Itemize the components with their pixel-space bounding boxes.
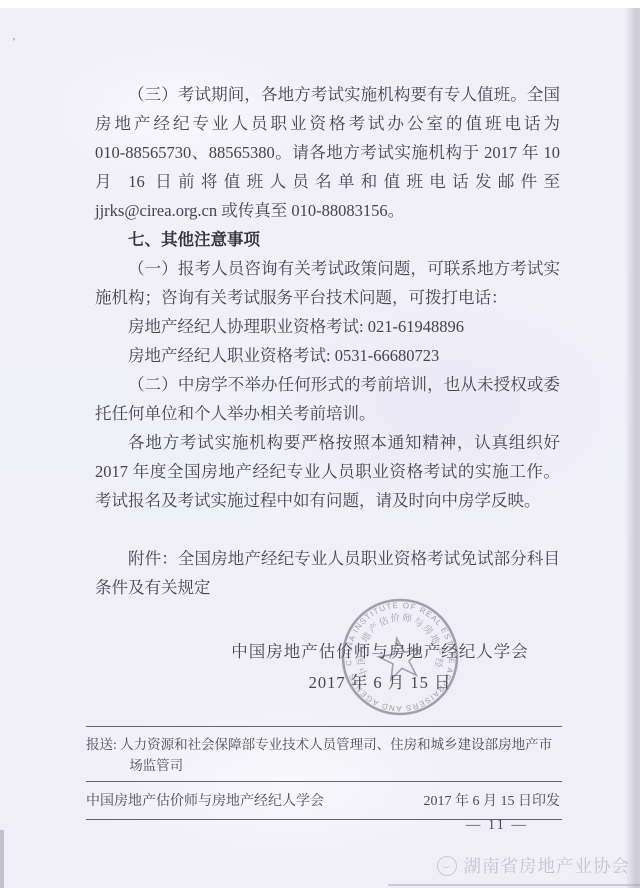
- body-line: （三）考试期间，各地方考试实施机构要有专人值班。全国: [95, 80, 560, 109]
- body-line: 月 16 日前将值班人员名单和值班电话发邮件至: [95, 167, 560, 196]
- watermark-label: 湖南省房地产业协会: [464, 853, 631, 878]
- body-line: （二）中房学不举办任何形式的考前培训，也从未授权或委: [95, 370, 560, 399]
- body-line: 010-88565730、88565380。请各地方考试实施机构于 2017 年…: [95, 138, 560, 167]
- association-logo-icon: [437, 856, 457, 876]
- section-heading-other-notes: 七、其他注意事项: [95, 225, 560, 254]
- scan-artifact-mark: ’: [12, 38, 16, 47]
- body-line: 房地产经纪专业人员职业资格考试办公室的值班电话为: [95, 109, 560, 138]
- hotline-agent-exam: 房地产经纪人职业资格考试: 0531-66680723: [95, 341, 560, 370]
- paragraph-implementation: 各地方考试实施机构要严格按照本通知精神，认真组织好 2017 年度全国房地产经纪…: [95, 428, 560, 515]
- page-number: — 11 —: [466, 817, 528, 834]
- document-footer: 报送: 人力资源和社会保障部专业技术人员管理司、住房和城乡建设部房地产市 场监管…: [86, 726, 562, 820]
- paragraph-exam-duty: （三）考试期间，各地方考试实施机构要有专人值班。全国 房地产经纪专业人员职业资格…: [95, 80, 560, 225]
- scan-edge-shadow-right: [625, 8, 640, 888]
- body-line: 2017 年度全国房地产经纪专业人员职业资格考试的实施工作。: [95, 457, 560, 486]
- paragraph-no-training: （二）中房学不举办任何形式的考前培训，也从未授权或委 托任何单位和个人举办相关考…: [95, 370, 560, 428]
- issuer-print-row: 中国房地产估价师与房地产经纪人学会 2017 年 6 月 15 日印发: [86, 782, 562, 819]
- body-line: 考试报名及考试实施过程中如有问题，请及时向中房学反映。: [95, 486, 560, 515]
- report-to-line: 报送: 人力资源和社会保障部专业技术人员管理司、住房和城乡建设部房地产市: [86, 734, 562, 755]
- issue-date: 2017 年 6 月 15 日: [200, 668, 560, 697]
- report-to-line: 场监管司: [86, 755, 562, 776]
- footer-print-date: 2017 年 6 月 15 日印发: [424, 790, 561, 810]
- issuer-name: 中国房地产估价师与房地产经纪人学会: [200, 637, 560, 666]
- scan-edge-shadow-left: [0, 830, 4, 888]
- paragraph-policy-inquiry: （一）报考人员咨询有关考试政策问题，可联系地方考试实 施机构；咨询有关考试服务平…: [95, 254, 560, 312]
- body-line: 附件：全国房地产经纪专业人员职业资格考试免试部分科目: [95, 544, 560, 573]
- report-to-recipients: 人力资源和社会保障部专业技术人员管理司、住房和城乡建设部房地产市: [120, 737, 552, 752]
- association-watermark: 湖南省房地产业协会: [437, 853, 631, 878]
- report-to-block: 报送: 人力资源和社会保障部专业技术人员管理司、住房和城乡建设部房地产市 场监管…: [86, 727, 562, 781]
- body-line: （一）报考人员咨询有关考试政策问题，可联系地方考试实: [95, 254, 560, 283]
- footer-issuer-name: 中国房地产估价师与房地产经纪人学会: [86, 790, 324, 810]
- body-line: jjrks@cirea.org.cn 或传真至 010-88083156。: [95, 196, 560, 225]
- body-line: 施机构；咨询有关考试服务平台技术问题，可拨打电话：: [95, 283, 560, 312]
- hotline-associate-exam: 房地产经纪人协理职业资格考试: 021-61948896: [95, 312, 560, 341]
- report-to-label: 报送:: [86, 737, 117, 752]
- scan-edge-line-bottom: [388, 884, 640, 886]
- body-line: 托任何单位和个人举办相关考前培训。: [95, 399, 560, 428]
- body-line: 各地方考试实施机构要严格按照本通知精神，认真组织好: [95, 428, 560, 457]
- signature-block: 中国房地产估价师与房地产经纪人学会 2017 年 6 月 15 日: [200, 637, 560, 697]
